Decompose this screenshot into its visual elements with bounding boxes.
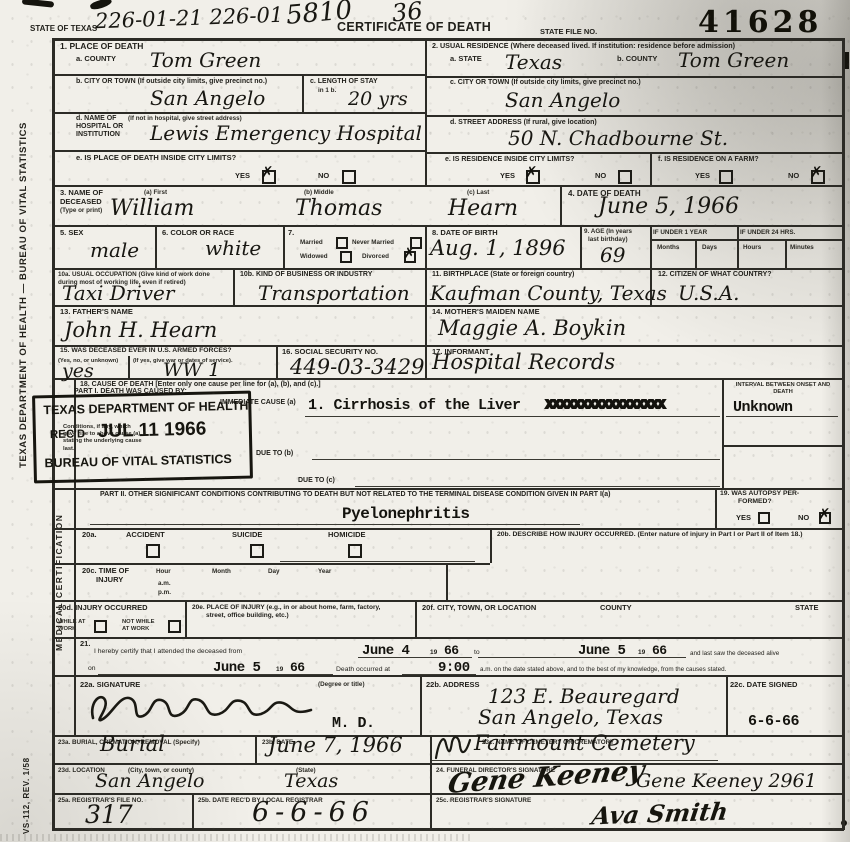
attended-to-date: June 5 — [578, 644, 625, 658]
checkbox-x-mark: ✗ — [403, 246, 416, 261]
am-label: a.m. — [158, 580, 171, 588]
divider — [560, 185, 562, 225]
residence-inside-limits-no-checkbox — [618, 170, 632, 184]
autopsy-yes-checkbox — [758, 512, 770, 524]
birthplace-value: Kaufman County, Texas — [430, 283, 667, 303]
certify-text-2: and last saw the deceased alive — [690, 650, 779, 657]
residence-county-value: Tom Green — [678, 50, 789, 70]
last-name-value: Hearn — [448, 198, 518, 220]
divider — [785, 239, 787, 268]
accident-label: ACCIDENT — [126, 531, 165, 540]
state-of-texas-label: STATE OF TEXAS — [30, 24, 97, 33]
divorced-label: Divorced — [362, 253, 389, 261]
county-label: a. COUNTY — [76, 55, 116, 64]
due-to-c-label: DUE TO (c) — [298, 477, 335, 485]
physician-address-line1: 123 E. Beauregard — [488, 686, 680, 706]
suicide-checkbox — [250, 544, 264, 558]
ink-mark — [22, 0, 54, 8]
divider — [52, 150, 425, 152]
autopsy-label-line2: FORMED? — [738, 498, 772, 506]
if-under-24-hrs-label: IF UNDER 24 HRS. — [740, 229, 795, 237]
divider — [722, 445, 844, 447]
funeral-director-name-note: Gene Keeney 2961 — [636, 772, 817, 791]
yes-label: YES — [235, 172, 250, 181]
date-recd-value: 6-6-66 — [252, 799, 375, 826]
injury-occurred-label: 20d. INJURY OCCURRED — [58, 604, 148, 613]
date-signed-label: 22c. DATE SIGNED — [730, 681, 797, 690]
citizen-label: 12. CITIZEN OF WHAT COUNTRY? — [658, 271, 772, 279]
yes-label: YES — [500, 172, 515, 181]
divider — [52, 637, 844, 639]
interval-label: INTERVAL BETWEEN ONSET AND DEATH — [727, 382, 839, 396]
divider — [255, 735, 257, 763]
cemetery-value: Fairmount Cemetery — [474, 733, 695, 754]
father-name-label: 13. FATHER'S NAME — [60, 308, 133, 317]
burial-state-value: Texas — [284, 772, 338, 791]
divider — [842, 38, 845, 830]
occupation-value: Taxi Driver — [62, 283, 174, 303]
death-occurred-label: Death occurred at — [336, 666, 390, 674]
attended-from-date: June 4 — [362, 644, 409, 658]
sex-label: 5. SEX — [60, 229, 83, 238]
war-service-value: WW 1 — [163, 361, 220, 380]
married-label: Married — [300, 239, 323, 247]
divider — [52, 600, 844, 602]
injury-state-label: STATE — [795, 604, 818, 613]
death-certificate-scan: TEXAS DEPARTMENT OF HEALTH — BUREAU OF V… — [0, 0, 850, 842]
checkbox-x-mark: ✗ — [810, 165, 823, 180]
registrar-signature: Ava Smith — [590, 800, 729, 829]
citizen-value: U.S.A. — [678, 283, 740, 303]
printed-19: 19 — [430, 649, 437, 656]
divider — [446, 563, 448, 600]
divider — [722, 378, 724, 488]
divider — [283, 225, 285, 268]
printed-19: 19 — [276, 666, 283, 673]
writing-line — [305, 416, 720, 417]
no-label: NO — [318, 172, 329, 181]
scan-edge-speckle — [0, 834, 470, 841]
accident-checkbox — [146, 544, 160, 558]
divider — [302, 74, 304, 112]
stamp-date: JUL 11 1966 — [98, 419, 207, 443]
place-of-injury-label-line1: 20e. PLACE OF INJURY (e.g., in or about … — [192, 604, 380, 611]
hours-label: Hours — [743, 244, 761, 252]
divider — [420, 675, 422, 735]
residence-state-label: a. STATE — [450, 55, 482, 64]
registrar-signature-label: 25c. REGISTRAR'S SIGNATURE — [436, 797, 531, 805]
last-alive-date: June 5 — [213, 661, 260, 675]
length-of-stay-label: c. LENGTH OF STAY — [310, 78, 378, 86]
age-value: 69 — [600, 245, 625, 265]
divider — [155, 225, 157, 268]
divider — [415, 600, 417, 637]
autopsy-label-line1: 19. WAS AUTOPSY PER- — [720, 490, 799, 498]
divider — [737, 225, 739, 268]
divider — [425, 152, 844, 154]
divider — [185, 600, 187, 637]
place-of-injury-label-line2: street, office building, etc.) — [206, 612, 289, 619]
stamp-recd-label: REC'D — [50, 428, 86, 441]
checkbox-x-mark: ✗ — [261, 165, 274, 180]
date-of-birth-value: Aug. 1, 1896 — [430, 238, 566, 259]
registrar-file-value: 317 — [85, 802, 133, 827]
degree-or-title-label: (Degree or title) — [318, 681, 365, 689]
time-of-injury-label-line2: INJURY — [96, 576, 123, 585]
divider — [726, 675, 728, 735]
divider — [52, 763, 844, 765]
not-while-at-work-checkbox — [168, 620, 181, 633]
sex-value: male — [90, 240, 139, 260]
place-inside-limits-yes-checkbox: ✗ — [262, 170, 276, 184]
widowed-checkbox — [340, 251, 352, 263]
divider — [580, 225, 582, 268]
divider — [490, 528, 492, 563]
to-label: to — [474, 649, 480, 657]
place-inside-limits-label: e. IS PLACE OF DEATH INSIDE CITY LIMITS? — [76, 154, 236, 163]
place-inside-limits-no-checkbox — [342, 170, 356, 184]
divider — [52, 563, 490, 565]
divider — [276, 345, 278, 378]
divider — [52, 185, 844, 187]
writing-line — [312, 459, 720, 460]
part2-value: Pyelonephritis — [342, 506, 469, 522]
not-while-at-work-label-line2: AT WORK — [122, 626, 149, 633]
middle-name-value: Thomas — [295, 198, 382, 220]
mother-name-value: Maggie A. Boykin — [438, 318, 626, 339]
typed-strikeout: XXXXXXXXXXXXXXXXX — [545, 398, 664, 413]
burial-date-value: June 7, 1966 — [268, 735, 403, 756]
divider — [52, 828, 844, 831]
certificate-title: CERTIFICATE OF DEATH — [337, 20, 491, 34]
attended-to-year: 66 — [652, 644, 667, 657]
state-file-number: 41628 — [698, 8, 822, 38]
yes-label: YES — [695, 172, 710, 181]
burial-value: Burial — [100, 734, 165, 755]
divider — [650, 152, 652, 185]
writing-line — [280, 561, 475, 562]
certify-section-number: 21. — [80, 640, 90, 649]
residence-on-farm-label: f. IS RESIDENCE ON A FARM? — [658, 156, 759, 164]
type-or-print-note: (Type or print) — [60, 207, 102, 215]
divider — [715, 488, 717, 528]
widowed-label: Widowed — [300, 253, 328, 261]
divider — [52, 74, 425, 76]
residence-inside-limits-label: e. IS RESIDENCE INSIDE CITY LIMITS? — [445, 156, 574, 164]
industry-value: Transportation — [258, 283, 410, 303]
handwritten-district-code: 226-01-21 226-01 — [95, 5, 284, 33]
day-label: Day — [268, 568, 280, 576]
divider — [128, 356, 130, 378]
state-file-no-label: STATE FILE NO. — [540, 28, 597, 37]
divider — [425, 115, 844, 117]
residence-state-value: Texas — [505, 52, 562, 72]
year-label: Year — [318, 568, 331, 576]
hospital-label: d. NAME OF HOSPITAL OR INSTITUTION — [76, 115, 130, 139]
informant-value: Hospital Records — [432, 352, 615, 373]
certify-text-4: a.m. on the date stated above, and to th… — [480, 666, 726, 673]
residence-inside-limits-yes-checkbox: ✗ — [526, 170, 540, 184]
divider — [695, 239, 697, 268]
accident-section-number: 20a. — [82, 531, 97, 540]
never-married-label: Never Married — [352, 239, 394, 247]
armed-forces-label: 15. WAS DECEASED EVER IN U.S. ARMED FORC… — [60, 347, 232, 355]
degree-value: M. D. — [332, 716, 375, 731]
city-label: b. CITY OR TOWN (If outside city limits,… — [76, 78, 267, 86]
ink-mark — [844, 52, 849, 69]
injury-county-label: COUNTY — [600, 604, 632, 613]
physician-signature — [85, 688, 325, 730]
yes-label: YES — [736, 514, 751, 523]
writing-line — [726, 416, 838, 417]
divider — [425, 38, 427, 185]
writing-line — [355, 486, 720, 487]
suicide-label: SUICIDE — [232, 531, 262, 540]
divider — [650, 225, 652, 268]
city-value: San Angelo — [150, 88, 265, 108]
months-label: Months — [657, 244, 679, 252]
age-label-line1: 9. AGE (In years — [584, 228, 632, 236]
date-signed-value: 6-6-66 — [748, 714, 799, 729]
due-to-b-label: DUE TO (b) — [256, 450, 293, 458]
divider — [650, 239, 844, 241]
received-stamp: TEXAS DEPARTMENT OF HEALTH REC'D JUL 11 … — [32, 391, 253, 484]
no-label: NO — [788, 172, 799, 181]
residence-county-label: b. COUNTY — [617, 55, 657, 64]
divider — [233, 268, 235, 305]
hour-label: Hour — [156, 568, 171, 576]
married-checkbox — [336, 237, 348, 249]
month-label: Month — [212, 568, 231, 576]
divorced-checkbox: ✗ — [404, 251, 416, 263]
immediate-cause-value: 1. Cirrhosis of the Liver — [308, 398, 521, 413]
father-name-value: John H. Hearn — [64, 320, 217, 341]
armed-forces-value: yes — [62, 362, 94, 381]
injury-city-label: 20f. CITY, TOWN, OR LOCATION — [422, 604, 536, 613]
stamp-agency-line: TEXAS DEPARTMENT OF HEALTH — [43, 399, 248, 418]
divider — [192, 793, 194, 828]
county-value: Tom Green — [150, 50, 261, 70]
street-address-value: 50 N. Chadbourne St. — [508, 128, 728, 148]
residence-on-farm-yes-checkbox — [719, 170, 733, 184]
ssn-value: 449-03-3429 — [290, 357, 424, 378]
checkbox-x-mark: ✗ — [525, 165, 538, 180]
minutes-label: Minutes — [790, 244, 814, 252]
certify-text-1: I hereby certify that I attended the dec… — [94, 648, 242, 656]
divider — [425, 76, 844, 78]
margin-agency-text: TEXAS DEPARTMENT OF HEALTH — BUREAU OF V… — [18, 96, 29, 468]
if-under-1-year-label: IF UNDER 1 YEAR — [653, 229, 707, 237]
no-label: NO — [798, 514, 809, 523]
attended-from-year: 66 — [444, 644, 459, 657]
divider — [52, 528, 844, 530]
days-label: Days — [702, 244, 717, 252]
last-alive-year: 66 — [290, 661, 305, 674]
describe-injury-label: 20b. DESCRIBE HOW INJURY OCCURRED. (Ente… — [497, 531, 803, 539]
burial-city-value: San Angelo — [95, 772, 205, 791]
residence-city-label: c. CITY OR TOWN (If outside city limits,… — [450, 79, 641, 87]
residence-on-farm-no-checkbox: ✗ — [811, 170, 825, 184]
no-label: NO — [595, 172, 606, 181]
divider — [425, 225, 427, 378]
race-value: white — [205, 238, 261, 258]
place-of-death-title: 1. PLACE OF DEATH — [60, 42, 143, 52]
physician-address-line2: San Angelo, Texas — [478, 707, 663, 727]
length-of-stay-value: 20 yrs — [348, 90, 408, 109]
hospital-value: Lewis Emergency Hospital — [150, 123, 422, 143]
while-at-work-label-line2: WORK — [58, 626, 76, 633]
residence-city-value: San Angelo — [505, 90, 620, 110]
divider — [52, 268, 844, 270]
checkbox-x-mark: ✗ — [818, 507, 831, 522]
marital-status-number: 7. — [288, 229, 294, 238]
physician-address-label: 22b. ADDRESS — [426, 681, 480, 690]
death-time-value: 9:00 — [438, 661, 470, 675]
writing-line — [90, 524, 580, 525]
homicide-label: HOMICIDE — [328, 531, 366, 540]
interval-value: Unknown — [733, 400, 793, 415]
birthplace-label: 11. BIRTHPLACE (State or foreign country… — [432, 271, 574, 279]
divider — [52, 225, 844, 227]
cemetery-handwriting-flourish — [432, 732, 474, 762]
homicide-checkbox — [348, 544, 362, 558]
divider — [52, 112, 425, 114]
industry-label: 10b. KIND OF BUSINESS OR INDUSTRY — [240, 271, 372, 279]
autopsy-no-checkbox: ✗ — [819, 512, 831, 524]
part2-label: PART II. OTHER SIGNIFICANT CONDITIONS CO… — [100, 491, 611, 499]
first-name-value: William — [110, 198, 194, 220]
while-at-work-checkbox — [94, 620, 107, 633]
printed-19: 19 — [638, 649, 645, 656]
margin-form-number: VS-112, REV. 1/58 — [22, 694, 31, 834]
stamp-bureau-line: BUREAU OF VITAL STATISTICS — [44, 452, 232, 470]
pm-label: p.m. — [158, 589, 171, 597]
date-of-death-value: June 5, 1966 — [598, 196, 739, 218]
length-of-stay-sublabel: in 1 b. — [318, 87, 336, 95]
on-label: on — [88, 665, 96, 673]
